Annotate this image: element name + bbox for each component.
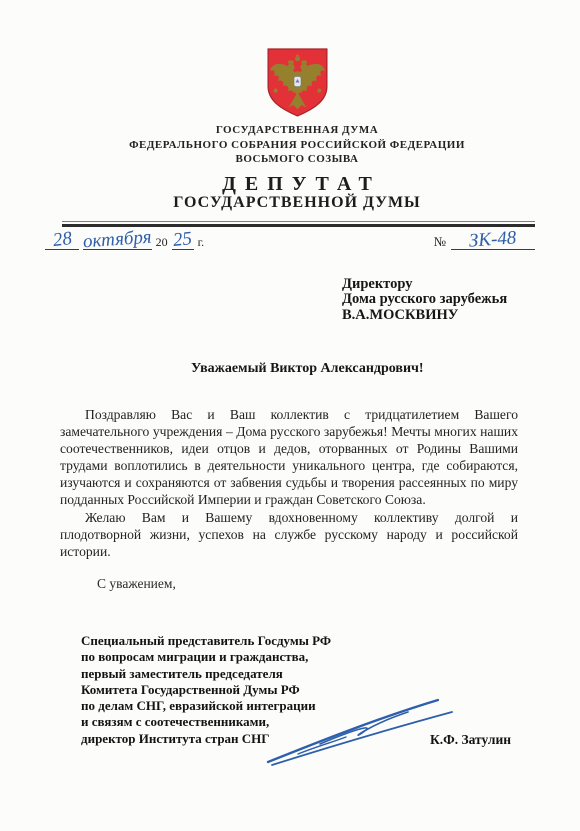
russia-coat-of-arms-icon	[264, 46, 331, 119]
body-line: соотечественников, идеи отцов и дедов, о…	[60, 440, 518, 457]
salutation: Уважаемый Виктор Александрович!	[191, 361, 424, 377]
org-name-line2: ФЕДЕРАЛЬНОГО СОБРАНИЯ РОССИЙСКОЙ ФЕДЕРАЦ…	[10, 138, 580, 153]
date-number-line: 28 октября 20 25 г. № ЗК-48	[45, 231, 535, 250]
date-field: 28 октября 20 25 г.	[45, 231, 204, 250]
signer-name: К.Ф. Затулин	[430, 732, 511, 748]
deputy-title: ДЕПУТАТ	[10, 174, 580, 194]
body-line: Желаю Вам и Вашему вдохновенному коллект…	[60, 509, 518, 526]
body-line: подданных Российской Империи и граждан С…	[60, 491, 518, 508]
addressee-line: Директору	[342, 277, 507, 292]
deputy-subtitle: ГОСУДАРСТВЕННОЙ ДУМЫ	[10, 194, 580, 211]
year-prefix: 20	[156, 235, 168, 250]
org-name-line3: ВОСЬМОГО СОЗЫВА	[10, 152, 580, 167]
closing-phrase: С уважением,	[97, 576, 176, 592]
handwritten-signature	[258, 692, 458, 770]
signer-title-line: Специальный представитель Госдумы РФ	[81, 633, 331, 649]
number-sign: №	[434, 234, 446, 250]
body-line: изучаются и сохраняются от забвения судь…	[60, 474, 518, 491]
body-line: трудами воплотились в деятельности уника…	[60, 457, 518, 474]
body-line: замечательного учреждения – Дома русског…	[60, 423, 518, 440]
addressee-line: В.А.МОСКВИНУ	[342, 308, 507, 323]
body-line: истории.	[60, 543, 518, 560]
addressee-line: Дома русского зарубежья	[342, 292, 507, 307]
signer-title-line: по вопросам миграции и гражданства,	[81, 649, 331, 665]
body-line: Поздравляю Вас и Ваш коллектив с тридцат…	[60, 406, 518, 423]
document-number-field: № ЗК-48	[434, 231, 535, 250]
org-name-line1: ГОСУДАРСТВЕННАЯ ДУМА	[10, 123, 580, 138]
letter-body: Поздравляю Вас и Ваш коллектив с тридцат…	[60, 406, 518, 560]
letterhead-divider-rule	[62, 221, 535, 227]
handwritten-month: октября	[82, 229, 152, 252]
body-line: плодотворной жизни, успехов на службе ру…	[60, 526, 518, 543]
year-unit: г.	[198, 235, 205, 250]
letterhead: ГОСУДАРСТВЕННАЯ ДУМА ФЕДЕРАЛЬНОГО СОБРАН…	[10, 123, 580, 211]
signer-title-line: первый заместитель председателя	[81, 666, 331, 682]
letter-page: ГОСУДАРСТВЕННАЯ ДУМА ФЕДЕРАЛЬНОГО СОБРАН…	[0, 0, 580, 831]
handwritten-number: ЗК-48	[469, 229, 517, 250]
handwritten-year: 25	[172, 230, 193, 250]
handwritten-day: 28	[51, 230, 72, 250]
addressee-block: Директору Дома русского зарубежья В.А.МО…	[342, 277, 507, 323]
